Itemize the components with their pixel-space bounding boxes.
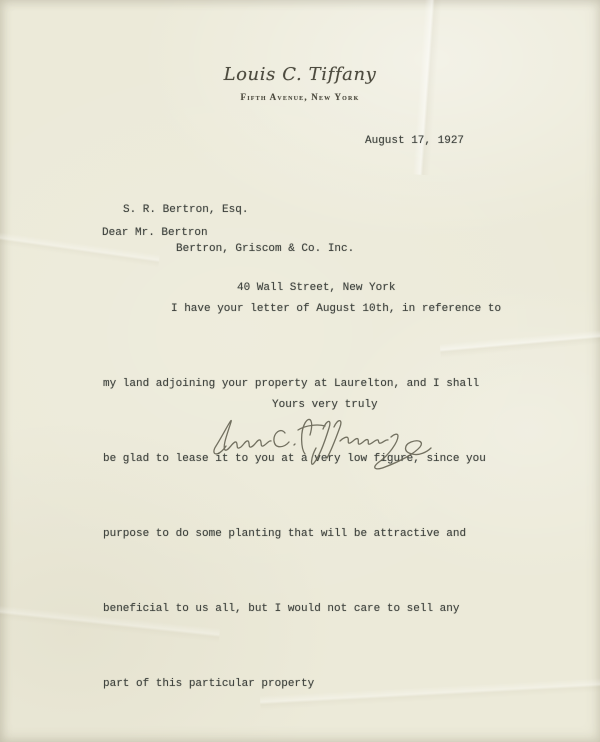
body-line: purpose to do some planting that will be… [103, 522, 501, 547]
signature-script [206, 407, 446, 471]
signature-stroke [214, 419, 431, 468]
body-line: my land adjoining your property at Laure… [103, 372, 501, 397]
letter-body: I have your letter of August 10th, in re… [103, 247, 501, 742]
body-line: part of this particular property [103, 672, 501, 697]
letterhead: Louis C. Tiffany Fifth Avenue, New York [0, 64, 600, 102]
body-line: I have your letter of August 10th, in re… [103, 297, 501, 322]
letterhead-name: Louis C. Tiffany [0, 64, 600, 85]
recipient-name: S. R. Bertron, Esq. [123, 204, 395, 217]
salutation: Dear Mr. Bertron [102, 227, 208, 239]
date-line: August 17, 1927 [365, 135, 464, 147]
scanned-letter-page: Louis C. Tiffany Fifth Avenue, New York … [0, 0, 600, 742]
body-line: beneficial to us all, but I would not ca… [103, 597, 501, 622]
letterhead-address: Fifth Avenue, New York [0, 92, 600, 102]
